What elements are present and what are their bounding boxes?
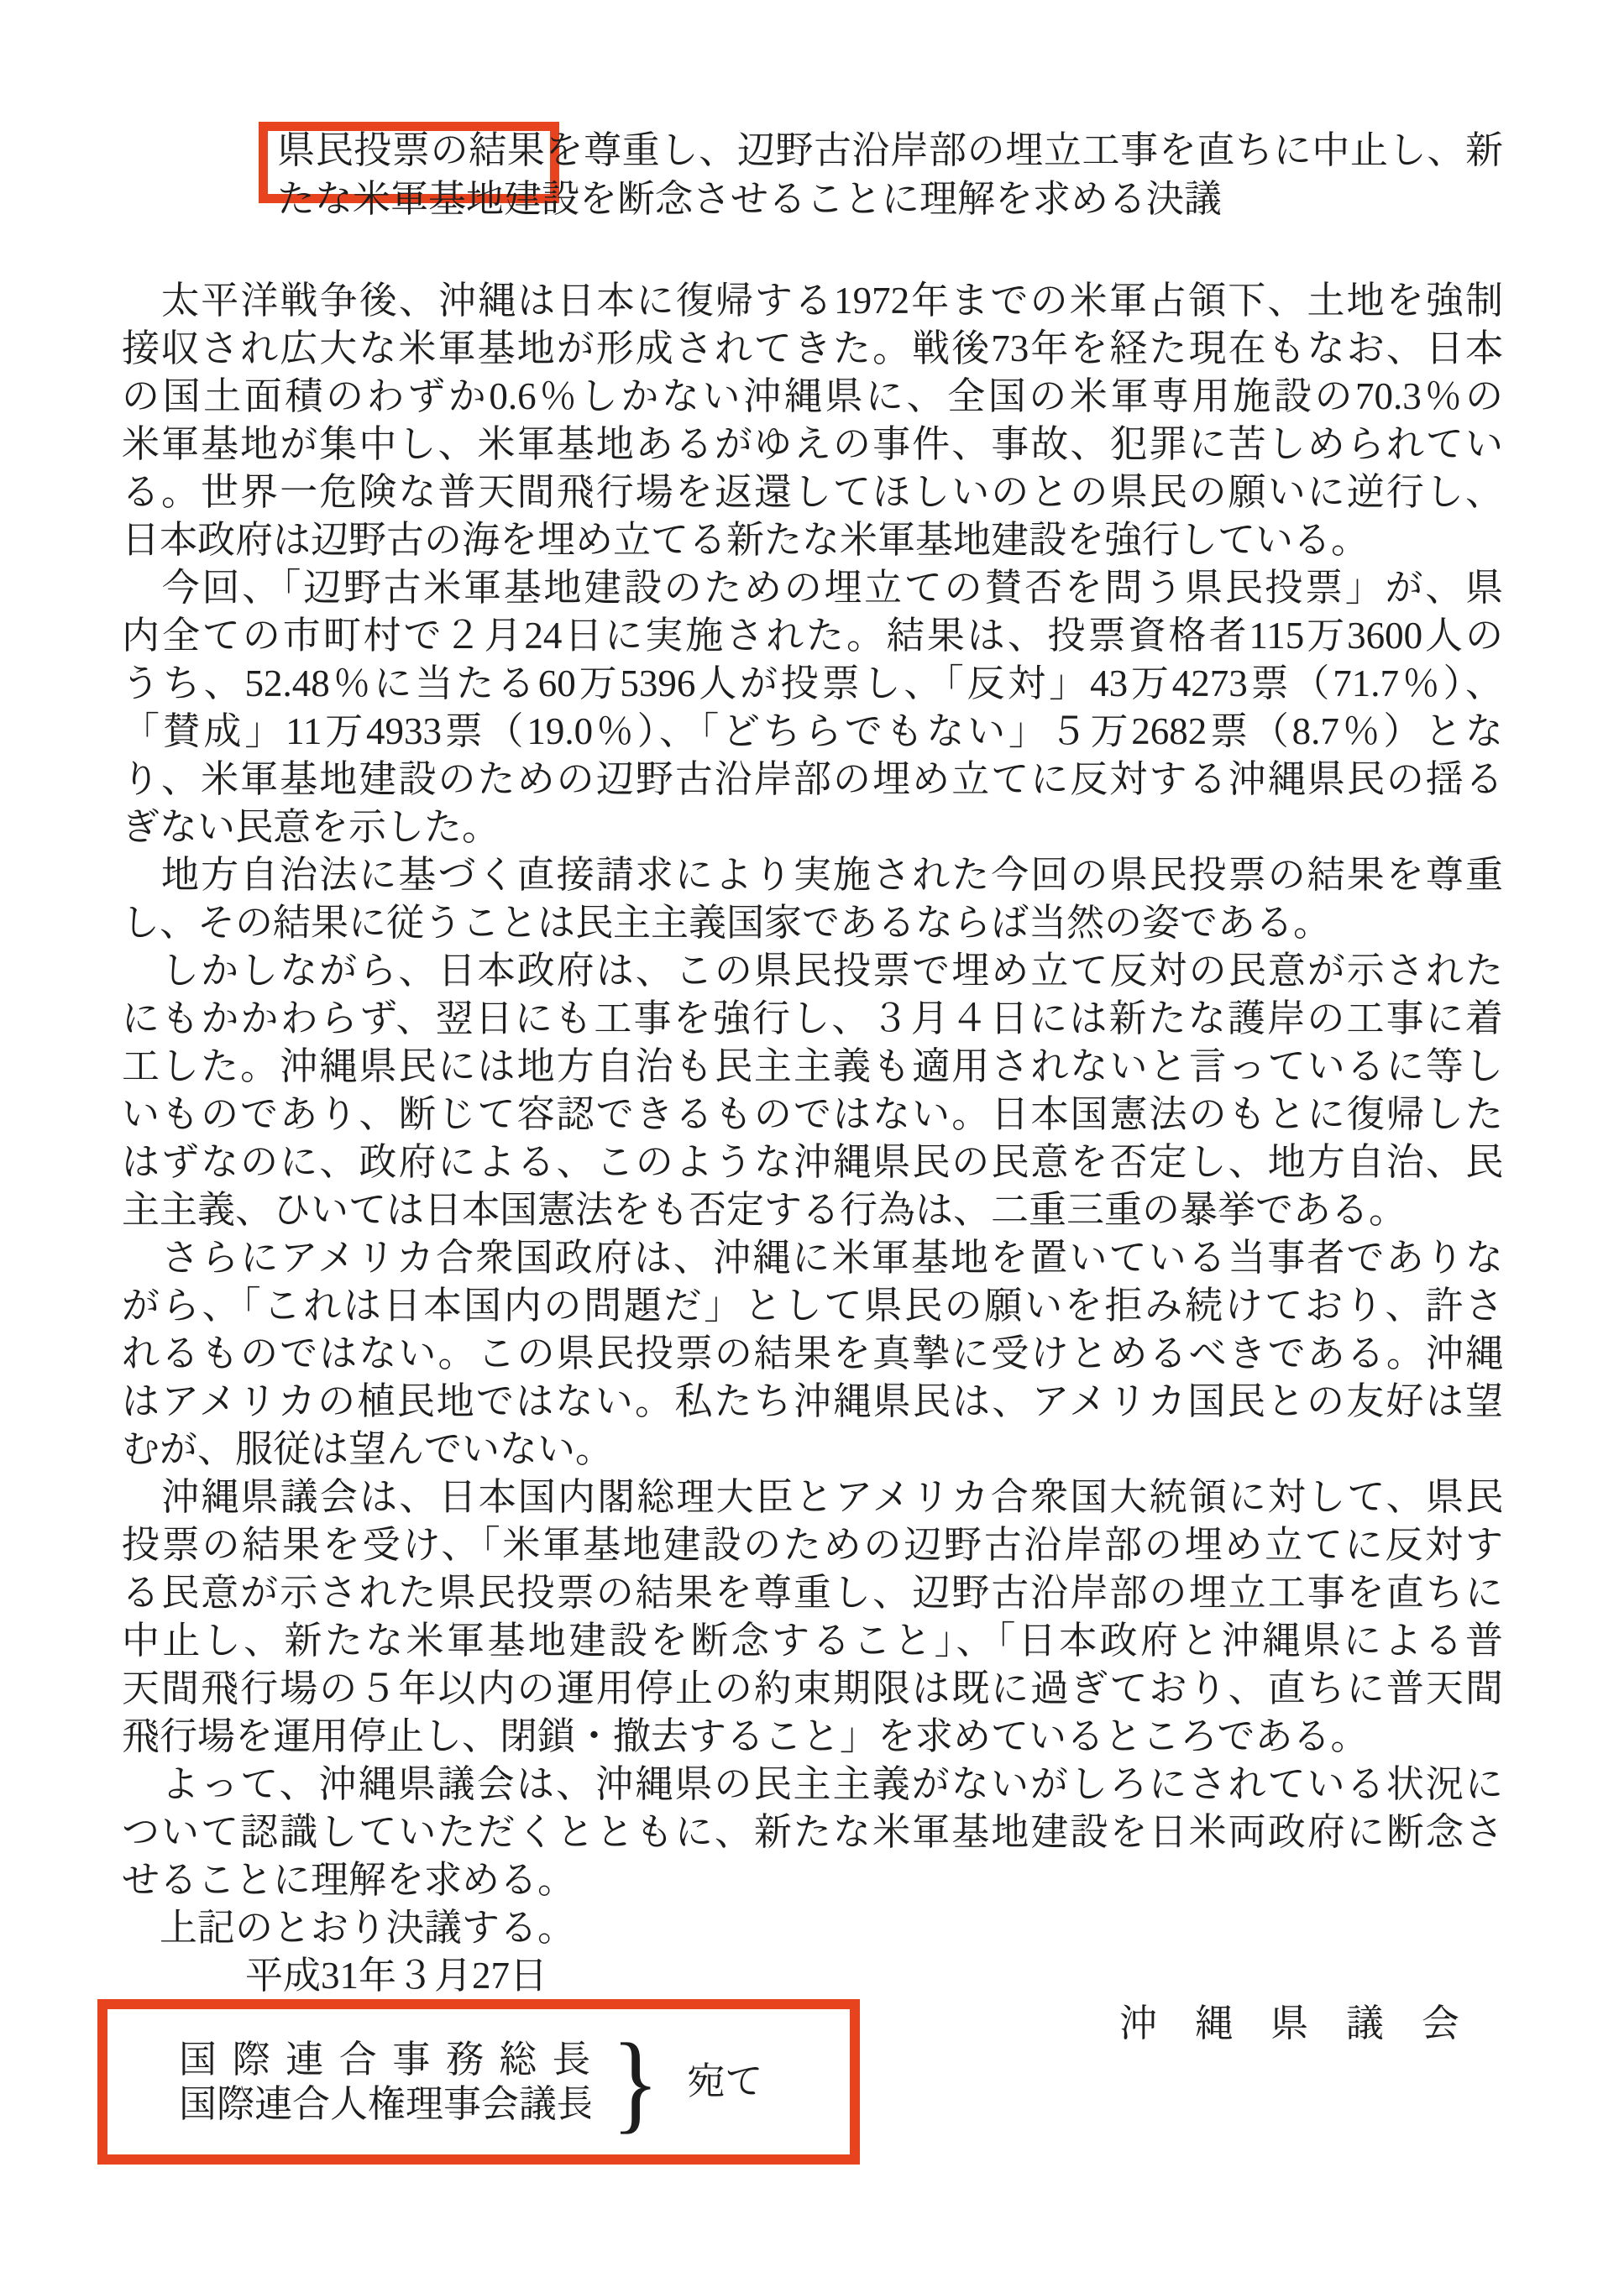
body-line: 「賛成」11万4933票（19.0％）、「どちらでもない」５万2682票（8.7… bbox=[122, 708, 1503, 756]
body-line: はアメリカの植民地ではない。私たち沖縄県民は、アメリカ国民との友好は望 bbox=[122, 1378, 1503, 1426]
body-line: る民意が示された県民投票の結果を尊重し、辺野古沿岸部の埋立工事を直ちに bbox=[122, 1569, 1503, 1617]
body-line: がら、「これは日本国内の問題だ」として県民の願いを拒み続けており、許さ bbox=[122, 1282, 1503, 1330]
resolution-document: 県民投票の結果を尊重し、辺野古沿岸部の埋立工事を直ちに中止し、新 たな米軍基地建… bbox=[0, 0, 1624, 2272]
addressee-suffix: 宛て bbox=[687, 2060, 762, 2104]
body-line: 工した。沖縄県民には地方自治も民主主義も適用されないと言っているに等し bbox=[122, 1043, 1503, 1091]
body-line: せることに理解を求める。 bbox=[122, 1856, 1503, 1904]
body-line: しかしながら、日本政府は、この県民投票で埋め立て反対の民意が示された bbox=[122, 947, 1503, 995]
addressee-names: 国際連合事務総長 国際連合人権理事会議長 bbox=[179, 2038, 590, 2127]
body-line: いものであり、断じて容認できるものではない。日本国憲法のもとに復帰した bbox=[122, 1091, 1503, 1139]
title-line: 県民投票の結果を尊重し、辺野古沿岸部の埋立工事を直ちに中止し、新 bbox=[277, 126, 1503, 175]
curly-brace-glyph: } bbox=[611, 2032, 659, 2133]
body-line: ぎない民意を示した。 bbox=[122, 804, 1503, 851]
body-line: にもかかわらず、翌日にも工事を強行し、３月４日には新たな護岸の工事に着 bbox=[122, 995, 1503, 1043]
addressee-un-human-rights-council-president: 国際連合人権理事会議長 bbox=[179, 2082, 590, 2127]
body-line: 日本政府は辺野古の海を埋め立てる新たな米軍基地建設を強行している。 bbox=[122, 516, 1503, 564]
body-line: 地方自治法に基づく直接請求により実施された今回の県民投票の結果を尊重 bbox=[122, 851, 1503, 899]
body-line: り、米軍基地建設のための辺野古沿岸部の埋め立てに反対する沖縄県民の揺る bbox=[122, 756, 1503, 804]
resolution-body: 太平洋戦争後、沖縄は日本に復帰する1972年までの米軍占領下、土地を強制接収され… bbox=[122, 277, 1503, 1952]
body-line: ついて認識していただくとともに、新たな米軍基地建設を日米両政府に断念さ bbox=[122, 1809, 1503, 1856]
resolution-title: 県民投票の結果を尊重し、辺野古沿岸部の埋立工事を直ちに中止し、新 たな米軍基地建… bbox=[277, 126, 1503, 223]
body-line: 主主義、ひいては日本国憲法をも否定する行為は、二重三重の暴挙である。 bbox=[122, 1186, 1503, 1234]
body-line: 内全ての市町村で２月24日に実施された。結果は、投票資格者115万3600人の bbox=[122, 612, 1503, 660]
body-line: 天間飛行場の５年以内の運用停止の約束期限は既に過ぎており、直ちに普天間 bbox=[122, 1665, 1503, 1713]
body-line: うち、52.48％に当たる60万5396人が投票し、「反対」43万4273票（7… bbox=[122, 660, 1503, 708]
body-line: 米軍基地が集中し、米軍基地あるがゆえの事件、事故、犯罪に苦しめられてい bbox=[122, 421, 1503, 469]
body-line: 飛行場を運用停止し、閉鎖・撤去すること」を求めているところである。 bbox=[122, 1713, 1503, 1761]
date-line: 平成31年３月27日 bbox=[122, 1952, 1503, 2000]
body-line: はずなのに、政府による、このような沖縄県民の民意を否定し、地方自治、民 bbox=[122, 1139, 1503, 1186]
title-line: たな米軍基地建設を断念させることに理解を求める決議 bbox=[277, 175, 1503, 223]
body-line: れるものではない。この県民投票の結果を真摯に受けとめるべきである。沖縄 bbox=[122, 1330, 1503, 1378]
addressee-highlight-box: 国際連合事務総長 国際連合人権理事会議長 } 宛て bbox=[97, 1999, 860, 2165]
body-line: 接収され広大な米軍基地が形成されてきた。戦後73年を経た現在もなお、日本 bbox=[122, 325, 1503, 373]
body-line: よって、沖縄県議会は、沖縄県の民主主義がないがしろにされている状況に bbox=[122, 1761, 1503, 1809]
body-line: 今回、「辺野古米軍基地建設のための埋立ての賛否を問う県民投票」が、県 bbox=[122, 564, 1503, 612]
body-line: さらにアメリカ合衆国政府は、沖縄に米軍基地を置いている当事者でありな bbox=[122, 1234, 1503, 1282]
body-line: 上記のとおり決議する。 bbox=[122, 1904, 1503, 1952]
body-line: 中止し、新たな米軍基地建設を断念すること」、「日本政府と沖縄県による普 bbox=[122, 1617, 1503, 1665]
addressee-un-secretary-general: 国際連合事務総長 bbox=[179, 2038, 590, 2082]
body-line: し、その結果に従うことは民主主義国家であるならば当然の姿である。 bbox=[122, 899, 1503, 947]
body-line: の国土面積のわずか0.6％しかない沖縄県に、全国の米軍専用施設の70.3％の bbox=[122, 373, 1503, 421]
body-line: 太平洋戦争後、沖縄は日本に復帰する1972年までの米軍占領下、土地を強制 bbox=[122, 277, 1503, 325]
body-line: 投票の結果を受け、「米軍基地建設のための辺野古沿岸部の埋め立てに反対す bbox=[122, 1521, 1503, 1569]
body-line: むが、服従は望んでいない。 bbox=[122, 1426, 1503, 1474]
body-line: る。世界一危険な普天間飛行場を返還してほしいのとの県民の願いに逆行し、 bbox=[122, 469, 1503, 516]
body-line: 沖縄県議会は、日本国内閣総理大臣とアメリカ合衆国大統領に対して、県民 bbox=[122, 1474, 1503, 1521]
